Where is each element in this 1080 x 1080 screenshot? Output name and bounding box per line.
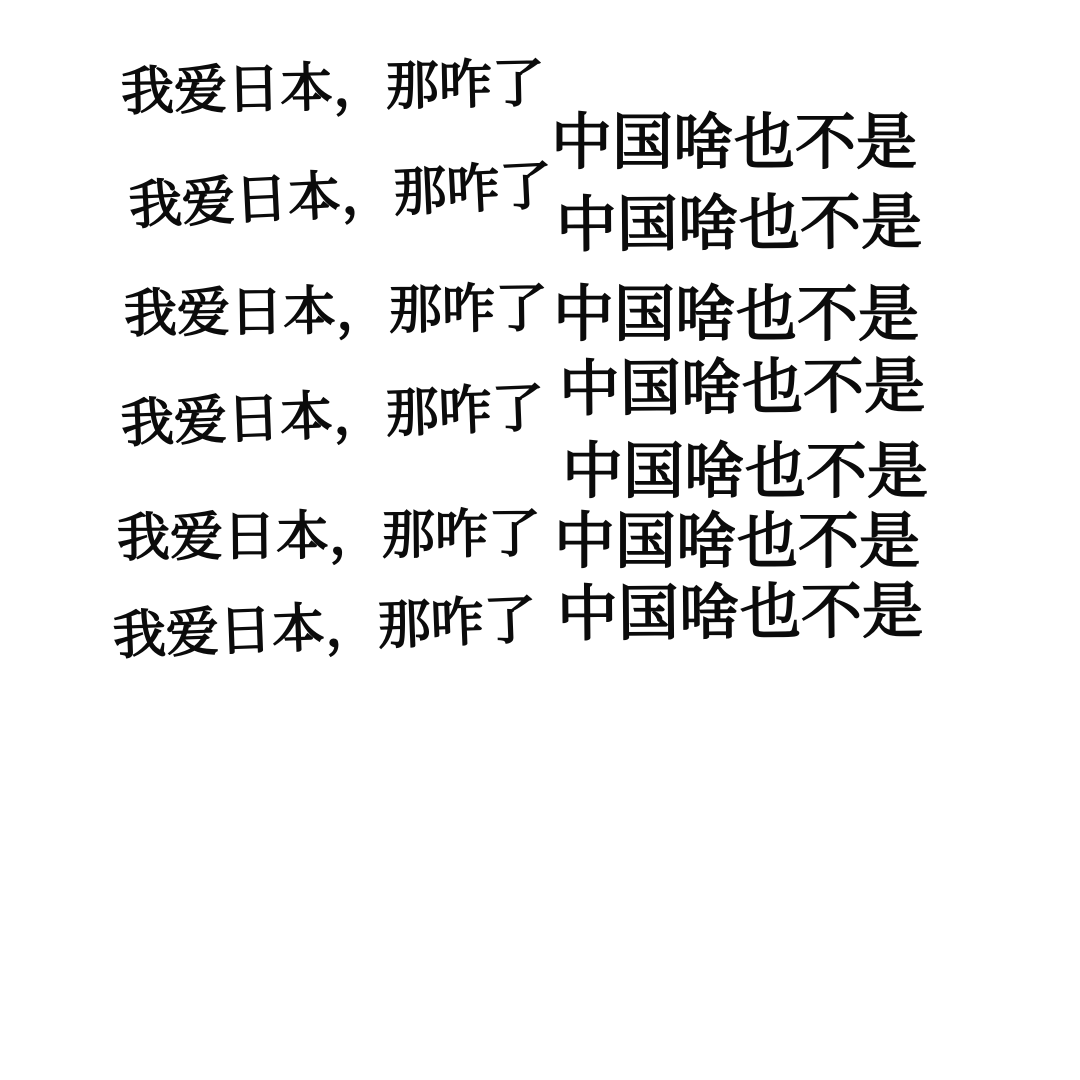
meme-line-left-2: 我爱日本，那咋了 (128, 159, 554, 233)
meme-canvas: 我爱日本，那咋了 中国啥也不是 我爱日本，那咋了 中国啥也不是 我爱日本，那咋了… (0, 0, 1080, 1080)
meme-line-left-5: 我爱日本，那咋了 (117, 508, 542, 565)
meme-line-right-7: 中国啥也不是 (557, 581, 924, 645)
meme-line-right-3: 中国啥也不是 (553, 284, 919, 345)
meme-line-right-5: 中国啥也不是 (562, 441, 928, 502)
meme-line-right-4: 中国啥也不是 (559, 356, 926, 420)
meme-line-left-1: 我爱日本，那咋了 (120, 57, 545, 119)
meme-line-left-3: 我爱日本，那咋了 (124, 282, 549, 341)
meme-line-right-1: 中国啥也不是 (551, 112, 917, 173)
meme-line-left-4: 我爱日本，那咋了 (120, 382, 546, 451)
meme-line-right-6: 中国啥也不是 (554, 511, 920, 572)
meme-line-left-6: 我爱日本，那咋了 (112, 594, 538, 663)
meme-line-right-2: 中国啥也不是 (556, 192, 923, 256)
